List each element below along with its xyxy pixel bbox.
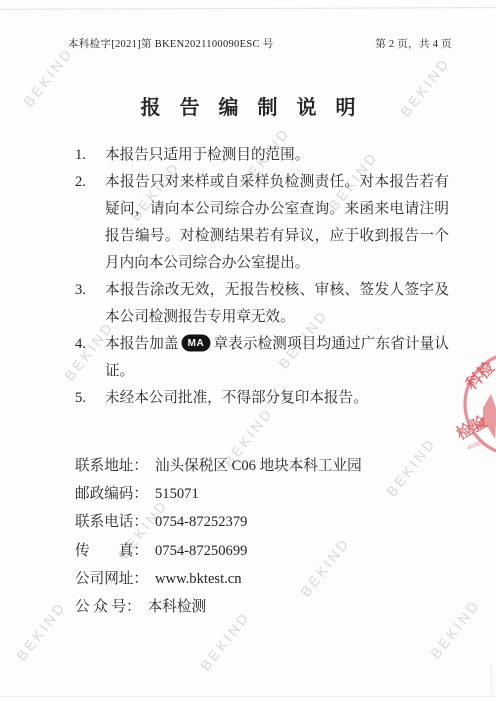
cma-certification-badge-icon: MA [183,336,210,350]
contact-value: www.bktest.cn [155,565,242,593]
seal-text-bottom: 检验 [453,412,490,444]
note-text: 未经本公司批准，不得部分复印本报告。 [105,385,449,412]
seal-digits: 46082 [467,440,485,452]
note-number: 2. [75,169,105,277]
contact-value: 本科检测 [148,593,206,621]
red-seal-icon: 科检 检验 46082 [450,346,496,470]
scan-edge-right [491,665,492,693]
scan-edge-bottom [0,696,496,697]
contact-row-phone: 联系电话： 0754-87252379 [75,508,435,536]
page-header: 本科检字[2021]第 BKEN2021100090ESC 号 第 2 页，共 … [68,36,452,51]
contact-label: 传 真： [75,537,148,565]
report-page: BEKINDBEKINDBEKINDBEKINDBEKINDBEKINDBEKI… [0,0,496,701]
note-item-5: 5. 未经本公司批准，不得部分复印本报告。 [75,385,449,412]
note-number: 1. [75,142,105,169]
note-item-1: 1. 本报告只适用于检测目的范围。 [75,142,449,169]
note-number: 3. [75,277,105,331]
note-item-4: 4. 本报告加盖MA章表示检测项目均通过广东省计量认证。 [75,331,449,385]
contact-row-website: 公司网址： www.bktest.cn [75,565,435,593]
contact-row-postcode: 邮政编码： 515071 [75,480,435,508]
doc-number: 本科检字[2021]第 BKEN2021100090ESC 号 [68,36,274,51]
note-number: 5. [75,385,105,412]
contact-value: 0754-87252379 [155,508,247,536]
contact-info: 联系地址： 汕头保税区 C06 地块本科工业园 邮政编码： 515071 联系电… [75,452,435,621]
note-number: 4. [75,331,105,385]
contact-label: 联系地址： [75,452,148,480]
contact-label: 公司网址： [75,565,148,593]
contact-value: 0754-87250699 [155,537,247,565]
contact-value: 汕头保税区 C06 地块本科工业园 [155,452,362,480]
contact-label: 联系电话： [75,508,148,536]
seal-text-top: 科检 [462,357,496,394]
scan-edge-top [0,7,496,10]
contact-value: 515071 [155,480,199,508]
note-text: 本报告涂改无效，无报告校核、审核、签发人签字及本公司检测报告专用章无效。 [105,277,449,331]
contact-label: 邮政编码： [75,480,148,508]
page-number: 第 2 页，共 4 页 [375,36,452,51]
contact-row-address: 联系地址： 汕头保税区 C06 地块本科工业园 [75,452,435,480]
note-text-before-badge: 本报告加盖 [105,336,179,352]
contact-row-wechat: 公 众 号： 本科检测 [75,593,435,621]
note-item-3: 3. 本报告涂改无效，无报告校核、审核、签发人签字及本公司检测报告专用章无效。 [75,277,449,331]
contact-row-fax: 传 真： 0754-87250699 [75,537,435,565]
note-item-2: 2. 本报告只对来样或自采样负检测责任。对本报告若有疑问，请向本公司综合办公室查… [75,169,449,277]
contact-label: 公 众 号： [75,593,141,621]
notes-list: 1. 本报告只适用于检测目的范围。 2. 本报告只对来样或自采样负检测责任。对本… [75,142,449,412]
bekind-watermark: BEKIND [427,596,483,661]
note-text: 本报告加盖MA章表示检测项目均通过广东省计量认证。 [105,331,449,385]
page-title: 报 告 编 制 说 明 [0,91,496,120]
note-text: 本报告只对来样或自采样负检测责任。对本报告若有疑问，请向本公司综合办公室查询。来… [105,169,449,277]
bekind-watermark: BEKIND [13,598,69,663]
note-text: 本报告只适用于检测目的范围。 [105,142,449,169]
